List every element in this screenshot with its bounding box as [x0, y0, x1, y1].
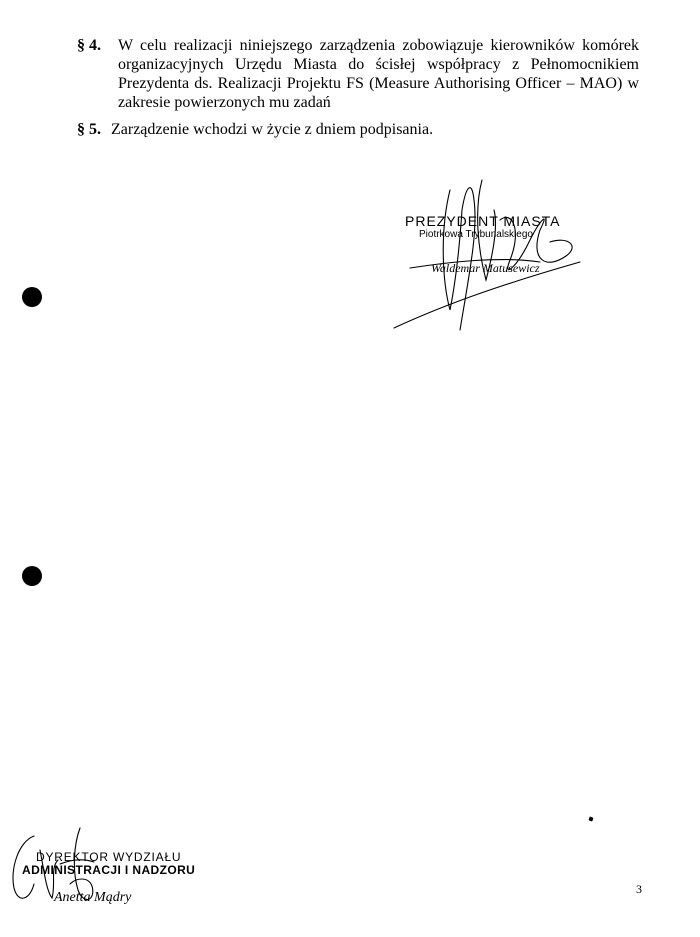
paragraph-4: § 4. W celu realizacji niniejszego zarzą… [77, 36, 639, 112]
director-stamp: DYREKTOR WYDZIAŁU ADMINISTRACJI I NADZOR… [22, 851, 202, 906]
stamp-city: Piotrkowa Trybunalskiego [419, 229, 575, 240]
punch-hole [22, 287, 42, 307]
paragraph-number: § 5. [77, 120, 101, 139]
mayor-stamp: PREZYDENT MIASTA Piotrkowa Trybunalskieg… [405, 214, 575, 275]
page-number: 3 [636, 882, 642, 897]
paragraph-number: § 4. [77, 36, 101, 55]
paragraph-text: W celu realizacji niniejszego zarządzeni… [118, 36, 639, 112]
paragraph-text: Zarządzenie wchodzi w życie z dniem podp… [111, 120, 639, 139]
stamp-title-line2: ADMINISTRACJI I NADZORU [22, 864, 202, 877]
stamp-name: Waldemar Matusewicz [431, 262, 575, 275]
punch-hole [22, 566, 42, 586]
stamp-name: Anetta Mądry [54, 890, 202, 906]
document-page: § 4. W celu realizacji niniejszego zarzą… [0, 0, 700, 937]
scan-speck [588, 816, 593, 821]
paragraph-5: § 5. Zarządzenie wchodzi w życie z dniem… [77, 120, 639, 139]
stamp-title: PREZYDENT MIASTA [405, 214, 575, 229]
